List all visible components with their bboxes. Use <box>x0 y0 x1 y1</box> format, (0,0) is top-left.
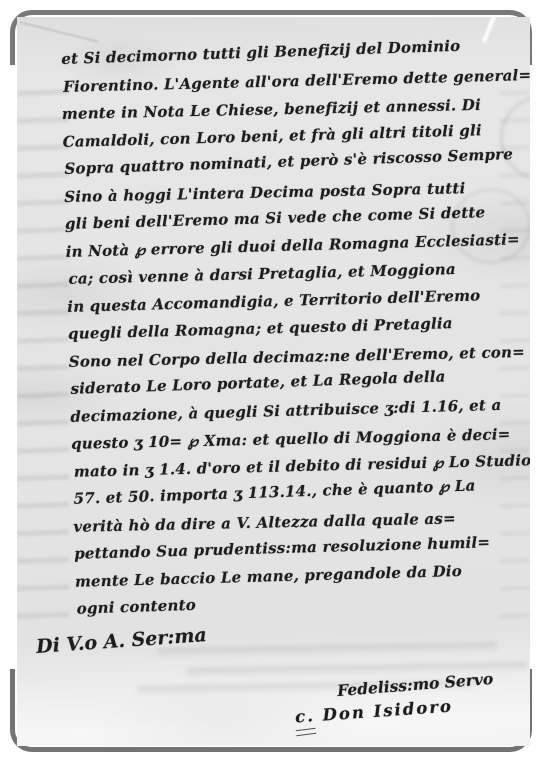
scanned-document-card: et Si decimorno tutti gli Benefizij del … <box>0 0 542 760</box>
signature-flourish <box>296 728 317 736</box>
bleedthrough-left-margin <box>17 75 69 640</box>
bleedthrough-text-band <box>157 642 497 658</box>
manuscript-text-block: et Si decimorno tutti gli Benefizij del … <box>60 34 516 624</box>
paper-crease <box>20 21 98 42</box>
signature-line-2: c. Don Isidoro <box>294 696 453 729</box>
scan-background: { "colors": { "background": "#ffffff", "… <box>0 0 542 760</box>
manuscript-photo: et Si decimorno tutti gli Benefizij del … <box>17 17 530 746</box>
